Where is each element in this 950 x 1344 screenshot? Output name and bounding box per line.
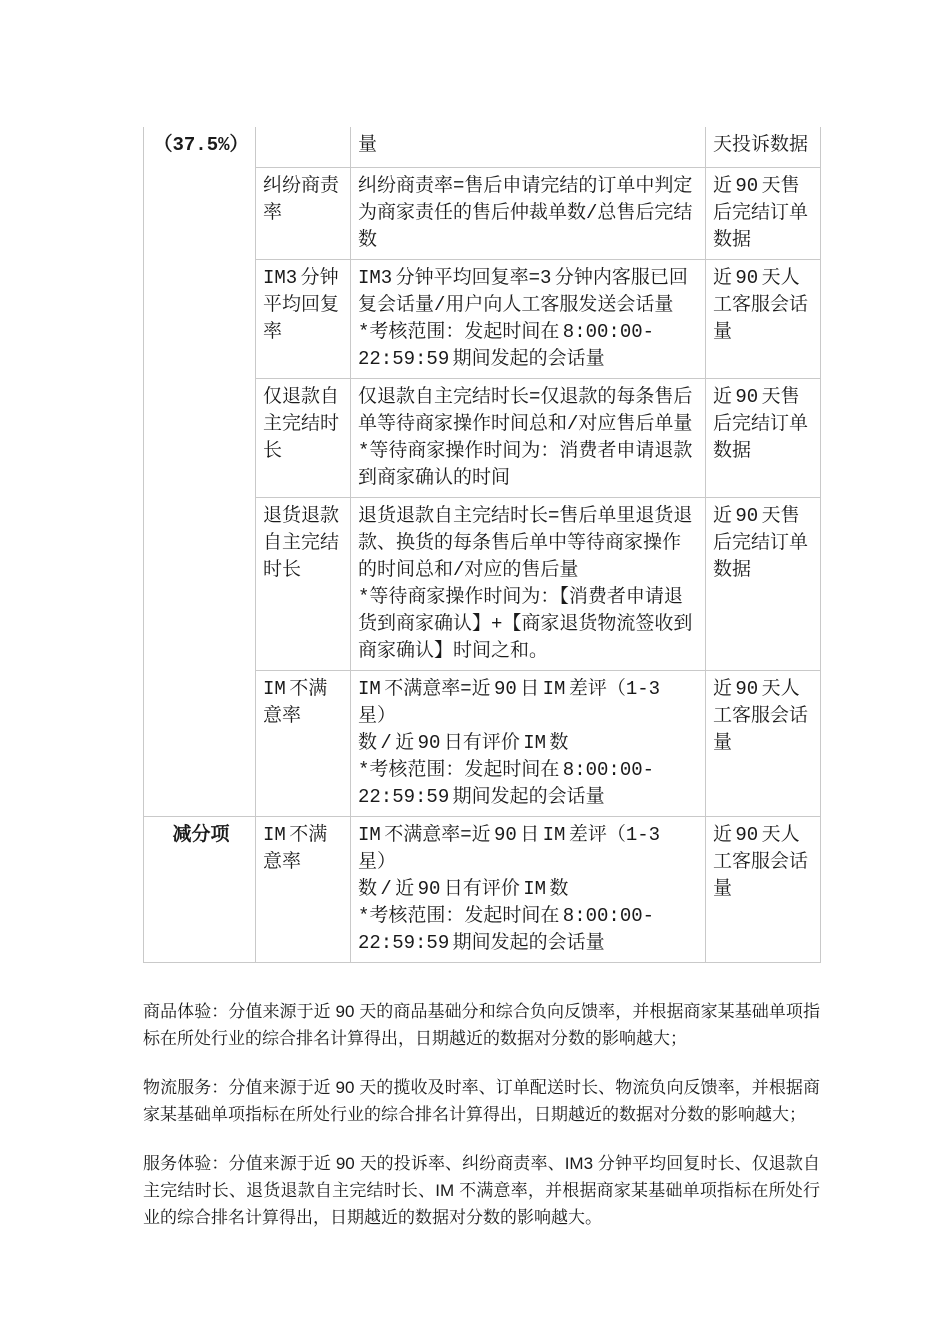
footnotes-section: 商品体验：分值来源于近 90 天的商品基础分和综合负向反馈率，并根据商家某基础单… <box>143 998 820 1231</box>
data-source-cell: 近 90 天售 后完结订单 数据 <box>706 167 821 259</box>
definition-cell: IM 不满意率=近 90 日 IM 差评（1-3 星） 数 / 近 90 日有评… <box>351 670 706 816</box>
definition-cell: IM3 分钟平均回复率=3 分钟内客服已回 复会话量/用户向人工客服发送会话量 … <box>351 259 706 378</box>
note-product-experience: 商品体验：分值来源于近 90 天的商品基础分和综合负向反馈率，并根据商家某基础单… <box>143 998 820 1052</box>
note-logistics-service: 物流服务：分值来源于近 90 天的揽收及时率、订单配送时长、物流负向反馈率，并根… <box>143 1074 820 1128</box>
metric-cell: 仅退款自 主完结时 长 <box>256 378 351 497</box>
metric-cell: IM 不满 意率 <box>256 816 351 962</box>
note-service-experience: 服务体验：分值来源于近 90 天的投诉率、纠纷商责率、IM3 分钟平均回复时长、… <box>143 1150 820 1231</box>
data-source-cell: 近 90 天售 后完结订单 数据 <box>706 378 821 497</box>
metric-cell <box>256 127 351 167</box>
metric-cell: IM3 分钟 平均回复 率 <box>256 259 351 378</box>
metric-cell: 退货退款 自主完结 时长 <box>256 497 351 670</box>
definition-cell: 纠纷商责率=售后申请完结的订单中判定 为商家责任的售后仲裁单数/总售后完结 数 <box>351 167 706 259</box>
definition-cell: 量 <box>351 127 706 167</box>
service-metrics-table: （37.5%） 量 天投诉数据 纠纷商责 率 纠纷商责率=售后申请完结的订单中判… <box>143 127 821 963</box>
definition-cell: 退货退款自主完结时长=售后单里退货退 款、换货的每条售后单中等待商家操作 的时间… <box>351 497 706 670</box>
table-row-deduction: 减分项 IM 不满 意率 IM 不满意率=近 90 日 IM 差评（1-3 星）… <box>144 816 821 962</box>
data-source-cell: 近 90 天售 后完结订单 数据 <box>706 497 821 670</box>
data-source-cell: 近 90 天人 工客服会话 量 <box>706 670 821 816</box>
document-page: （37.5%） 量 天投诉数据 纠纷商责 率 纠纷商责率=售后申请完结的订单中判… <box>143 127 820 1253</box>
metric-cell: 纠纷商责 率 <box>256 167 351 259</box>
deduction-label-cell: 减分项 <box>144 816 256 962</box>
data-source-cell: 近 90 天人 工客服会话 量 <box>706 816 821 962</box>
data-source-cell: 近 90 天人 工客服会话 量 <box>706 259 821 378</box>
weight-cell: （37.5%） <box>144 127 256 816</box>
definition-cell: 仅退款自主完结时长=仅退款的每条售后 单等待商家操作时间总和/对应售后单量 *等… <box>351 378 706 497</box>
data-source-cell: 天投诉数据 <box>706 127 821 167</box>
metric-cell: IM 不满 意率 <box>256 670 351 816</box>
table-row-continued: （37.5%） 量 天投诉数据 <box>144 127 821 167</box>
definition-cell: IM 不满意率=近 90 日 IM 差评（1-3 星） 数 / 近 90 日有评… <box>351 816 706 962</box>
